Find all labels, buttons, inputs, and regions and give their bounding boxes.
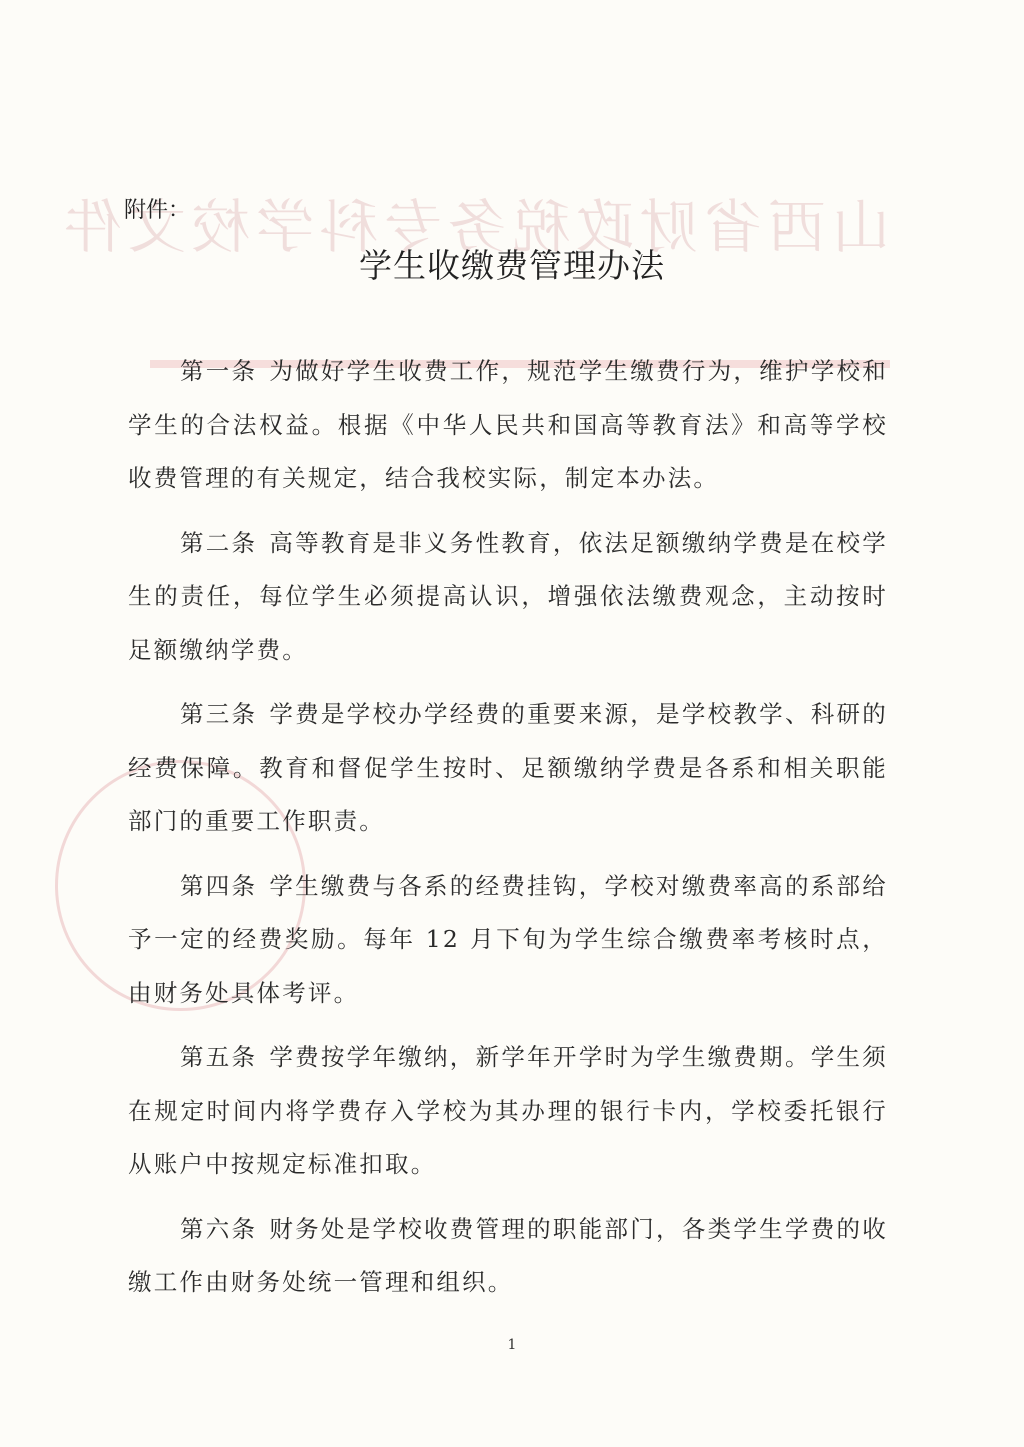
attachment-label: 附件： <box>124 193 190 224</box>
article-6: 第六条财务处是学校收费管理的职能部门，各类学生学费的收缴工作由财务处统一管理和组… <box>128 1203 888 1310</box>
article-number: 第四条 <box>180 872 257 900</box>
page-number: 1 <box>0 1337 1024 1353</box>
article-3: 第三条学费是学校办学经费的重要来源，是学校教学、科研的经费保障。教育和督促学生按… <box>128 688 888 849</box>
article-2: 第二条高等教育是非义务性教育，依法足额缴纳学费是在校学生的责任，每位学生必须提高… <box>128 517 888 678</box>
article-number: 第二条 <box>180 529 257 557</box>
article-number: 第一条 <box>180 357 257 385</box>
article-number: 第六条 <box>180 1215 257 1243</box>
article-1: 第一条为做好学生收费工作，规范学生缴费行为，维护学校和学生的合法权益。根据《中华… <box>128 345 888 506</box>
document-body: 第一条为做好学生收费工作，规范学生缴费行为，维护学校和学生的合法权益。根据《中华… <box>128 345 888 1321</box>
article-number: 第五条 <box>180 1043 257 1071</box>
article-4: 第四条学生缴费与各系的经费挂钩，学校对缴费率高的系部给予一定的经费奖励。每年 1… <box>128 860 888 1021</box>
article-5: 第五条学费按学年缴纳，新学年开学时为学生缴费期。学生须在规定时间内将学费存入学校… <box>128 1031 888 1192</box>
article-number: 第三条 <box>180 700 257 728</box>
document-title: 学生收缴费管理办法 <box>0 240 1024 287</box>
